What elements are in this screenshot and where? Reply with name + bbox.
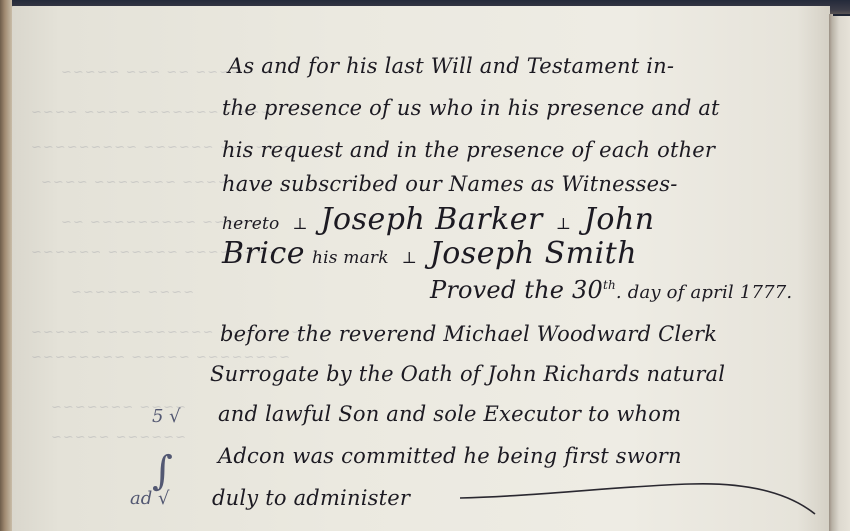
text-line-8: before the reverend Michael Woodward Cle…: [220, 322, 717, 346]
facing-page-edge: [832, 16, 850, 531]
witness-line-2: Brice his mark ⊥ Joseph Smith: [222, 236, 637, 271]
proved-line: Proved the 30th. day of april 1777.: [430, 276, 792, 304]
proved-rest: . day of april 1777.: [616, 282, 792, 303]
proved-day: 30: [572, 276, 603, 304]
witness-signature-joseph-smith: Joseph Smith: [430, 236, 637, 271]
mark-symbol: ⊥: [292, 214, 307, 233]
mark-symbol: ⊥: [402, 248, 417, 267]
bleed-through-text: ~~~~ ~~~~~~: [70, 285, 194, 300]
bleed-through-text: ~~~~ ~~~~~~~ ~~~~: [40, 175, 229, 190]
witness-line-1: hereto ⊥ Joseph Barker ⊥ John: [222, 202, 655, 237]
text-line-9: Surrogate by the Oath of John Richards n…: [210, 362, 725, 386]
text-line-4: have subscribed our Names as Witnesses-: [222, 172, 678, 196]
bleed-through-text: ~~~~~~ ~~~~~: [50, 430, 186, 445]
hereto-label: hereto: [222, 214, 279, 234]
text-line-11: Adcon was committed he being first sworn: [218, 444, 682, 468]
page-left-edge: [0, 0, 12, 531]
proved-prefix: Proved the: [430, 276, 564, 304]
text-line-2: the presence of us who in his presence a…: [222, 96, 720, 120]
witness-signature-brice: Brice: [222, 236, 305, 271]
text-line-1: As and for his last Will and Testament i…: [228, 54, 674, 78]
his-mark-label: his mark: [312, 248, 389, 268]
text-line-3: his request and in the presence of each …: [222, 138, 715, 162]
margin-note-5-check: 5 √: [152, 406, 181, 427]
witness-signature-joseph-barker: Joseph Barker: [321, 202, 543, 237]
proved-day-suffix: th: [603, 278, 616, 292]
margin-note-ad-check: ad √: [130, 488, 169, 509]
text-line-10: and lawful Son and sole Executor to whom: [218, 402, 681, 426]
text-line-12: duly to administer: [212, 486, 410, 510]
mark-symbol: ⊥: [556, 214, 571, 233]
witness-signature-john: John: [584, 202, 655, 237]
closing-flourish: [460, 478, 820, 518]
